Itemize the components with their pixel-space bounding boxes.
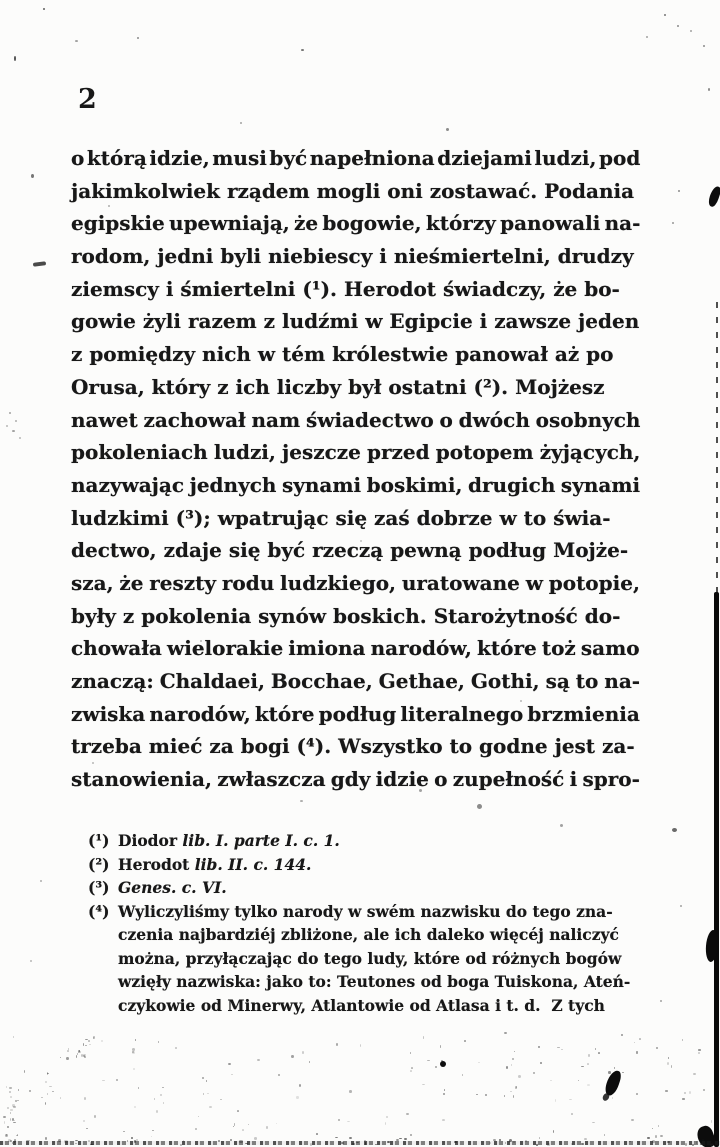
speck	[608, 1071, 610, 1073]
page-edge-shadow-right	[714, 592, 719, 1147]
body-line: o którą idzie, musi być napełniona dziej…	[71, 142, 640, 175]
speck	[571, 1143, 573, 1145]
speck	[276, 1123, 277, 1124]
speck	[587, 1063, 589, 1065]
speck	[220, 1099, 222, 1100]
speck	[43, 8, 45, 10]
page-edge-shadow-dotted	[716, 302, 718, 594]
speck	[195, 1128, 198, 1130]
speck	[571, 1113, 573, 1115]
ink-blot	[705, 930, 720, 963]
speck	[4, 1121, 5, 1123]
speck	[84, 1056, 86, 1057]
pencil-mark	[33, 261, 46, 267]
speck	[175, 1047, 177, 1049]
speck	[101, 1040, 103, 1042]
speck	[10, 1112, 11, 1114]
speck	[693, 1073, 696, 1076]
speck	[696, 1141, 697, 1144]
body-line: ziemscy i śmiertelni (¹). Herodot świadc…	[71, 273, 640, 306]
speck	[622, 1072, 624, 1073]
speck	[296, 1096, 299, 1098]
speck	[116, 1079, 118, 1081]
speck	[76, 1055, 77, 1058]
speck	[677, 25, 679, 27]
speck	[387, 1141, 389, 1143]
speck	[386, 1116, 388, 1117]
speck	[672, 222, 674, 224]
speck	[13, 1122, 16, 1124]
speck	[410, 1070, 412, 1072]
speck	[45, 1102, 46, 1105]
body-line: dectwo, zdaje się być rzeczą pewną podłu…	[71, 534, 640, 567]
speck	[427, 1060, 430, 1061]
speck	[6, 1134, 7, 1136]
footnote-text: Diodor	[118, 831, 182, 850]
speck	[336, 1043, 337, 1046]
speck	[127, 1140, 128, 1142]
speck	[667, 1141, 670, 1142]
speck	[553, 1130, 554, 1133]
speck	[77, 1053, 78, 1055]
speck	[446, 128, 449, 131]
speck	[13, 1036, 15, 1038]
speck	[9, 412, 11, 414]
speck	[547, 1143, 550, 1146]
body-line: stanowienia, zwłaszcza gdy idzie o zupeł…	[71, 763, 640, 796]
speck	[58, 1139, 61, 1142]
speck	[6, 425, 8, 427]
speck	[595, 1048, 596, 1050]
speck	[352, 1143, 355, 1145]
speck	[360, 1044, 361, 1047]
body-line: chowała wielorakie imiona narodów, które…	[71, 632, 640, 665]
footnote-marker: (¹)	[88, 829, 109, 853]
speck	[422, 1084, 425, 1085]
speck	[410, 1052, 411, 1054]
speck	[612, 1097, 613, 1099]
speck	[151, 1136, 152, 1137]
speck	[240, 122, 242, 124]
speck	[365, 1142, 366, 1144]
speck	[132, 1051, 135, 1053]
speck	[163, 1102, 164, 1103]
speck	[12, 1104, 15, 1106]
speck	[207, 1093, 208, 1094]
speck	[93, 1037, 94, 1040]
speck	[349, 1137, 352, 1139]
speck	[9, 1087, 12, 1088]
speck	[672, 828, 677, 832]
speck	[516, 1086, 517, 1088]
speck	[478, 1062, 480, 1063]
speck	[711, 1120, 713, 1123]
speck	[19, 437, 21, 439]
body-line: gowie żyli razem z ludźmi w Egipcie i za…	[71, 305, 640, 338]
speck	[614, 1067, 616, 1069]
footnote-line: Diodor lib. I. parte I. c. 1.	[118, 829, 637, 853]
speck	[560, 824, 563, 827]
speck	[561, 1049, 563, 1051]
speck	[88, 1040, 90, 1042]
speck	[539, 1137, 540, 1139]
speck	[83, 1055, 85, 1057]
speck	[291, 1055, 294, 1058]
footnote-text: czykowie od Minerwy, Atlantowie od Atlas…	[118, 996, 605, 1015]
speck	[511, 1064, 512, 1066]
speck	[410, 1134, 411, 1136]
speck	[218, 1140, 220, 1143]
speck	[711, 1143, 713, 1144]
speck	[209, 1106, 212, 1108]
speck	[493, 1139, 496, 1141]
body-line: egipskie upewniają, że bogowie, którzy p…	[71, 207, 640, 240]
speck	[78, 1050, 80, 1052]
speck	[12, 1118, 15, 1121]
speck	[656, 1047, 658, 1049]
speck	[349, 1090, 352, 1093]
speck	[584, 1138, 587, 1140]
body-line: nazywając jednych synami boskimi, drugic…	[71, 469, 640, 502]
speck	[658, 1125, 659, 1127]
body-line: nawet zachował nam świadectwo o dwóch os…	[71, 404, 640, 437]
speck	[700, 1143, 703, 1145]
speck	[136, 1139, 138, 1141]
speck	[86, 1128, 88, 1129]
speck	[356, 1142, 359, 1143]
speck	[338, 1119, 340, 1121]
body-line: sza, że reszty rodu ludzkiego, uratowane…	[71, 567, 640, 600]
speck	[652, 1140, 655, 1143]
speck	[83, 1054, 86, 1056]
speck	[162, 1087, 164, 1088]
speck	[17, 1134, 18, 1136]
speck	[533, 1072, 536, 1074]
speck	[89, 1044, 90, 1046]
speck	[152, 1130, 154, 1131]
ink-blot	[601, 1092, 610, 1102]
speck	[83, 1120, 85, 1122]
speck	[47, 1073, 49, 1074]
speck	[60, 1057, 62, 1058]
speck	[26, 1140, 29, 1141]
speck	[441, 1060, 443, 1062]
speck	[83, 1043, 85, 1046]
ink-blot	[695, 1124, 718, 1147]
speck	[692, 1144, 695, 1146]
speck	[94, 1115, 96, 1118]
speck	[684, 1092, 686, 1095]
footnote: (¹)Diodor lib. I. parte I. c. 1.	[88, 829, 637, 853]
speck	[587, 1084, 590, 1086]
body-line: znaczą: Chaldaei, Bocchae, Gethae, Gothi…	[71, 665, 640, 698]
speck	[183, 1140, 184, 1142]
speck	[509, 1139, 512, 1142]
speck	[7, 1126, 10, 1129]
speck	[550, 1080, 552, 1082]
speck	[665, 1090, 668, 1091]
speck	[655, 1135, 656, 1138]
speck	[462, 1074, 463, 1076]
speck	[154, 1098, 155, 1100]
speck	[301, 49, 304, 51]
speck	[9, 1091, 11, 1093]
speck	[375, 1144, 377, 1146]
body-line: trzeba mieć za bogi (⁴). Wszystko to god…	[71, 730, 640, 763]
footnote: (⁴)Wyliczyliśmy tylko narody w swém nazw…	[88, 900, 637, 1018]
speck	[228, 1063, 231, 1065]
speck	[598, 1052, 600, 1054]
speck	[206, 1080, 208, 1082]
speck	[17, 1100, 20, 1102]
page-edge-shadow-bottom	[0, 1141, 720, 1145]
speck	[477, 804, 482, 809]
speck	[538, 1046, 539, 1047]
speck	[88, 1140, 90, 1142]
speck	[682, 1039, 684, 1041]
speck	[31, 174, 34, 178]
speck	[7, 1107, 9, 1109]
speck	[690, 30, 692, 32]
speck	[10, 1140, 12, 1142]
speck	[8, 1139, 11, 1141]
speck	[47, 1093, 48, 1095]
speck	[634, 1042, 636, 1044]
speck	[14, 1120, 15, 1122]
speck	[443, 1093, 444, 1095]
speck	[442, 1119, 445, 1121]
speck	[710, 1144, 713, 1146]
footnote-line: można, przyłączając do tego ludy, które …	[118, 947, 637, 971]
speck	[24, 1070, 25, 1073]
speck	[231, 1074, 234, 1075]
footnotes: (¹)Diodor lib. I. parte I. c. 1.(²)Herod…	[88, 829, 637, 1017]
speck	[668, 1057, 669, 1058]
speck	[66, 1057, 68, 1060]
speck	[156, 1110, 158, 1112]
speck	[513, 1095, 514, 1097]
footnote-text: Herodot	[118, 855, 195, 874]
speck	[581, 1143, 584, 1145]
speck	[513, 1141, 515, 1143]
footnote-line: Wyliczyliśmy tylko narody w swém nazwisk…	[118, 900, 637, 924]
footnote-text: lib. II. c. 144.	[195, 855, 312, 874]
speck	[47, 1072, 48, 1075]
speck	[671, 1065, 672, 1068]
speck	[310, 1143, 312, 1146]
speck	[464, 1040, 465, 1042]
footnote-text: można, przyłączając do tego ludy, które …	[118, 949, 621, 968]
scanned-page: 2 o którą idzie, musi być napełniona dzi…	[0, 0, 720, 1147]
speck	[64, 1140, 67, 1143]
speck	[396, 1139, 399, 1141]
body-text: o którą idzie, musi być napełniona dziej…	[71, 142, 640, 796]
speck	[93, 1036, 95, 1039]
speck	[79, 1050, 80, 1052]
speck	[10, 1109, 13, 1110]
speck	[703, 45, 705, 47]
speck	[514, 1051, 515, 1052]
speck	[239, 1140, 242, 1142]
speck	[476, 1094, 478, 1096]
speck	[10, 1118, 11, 1121]
speck	[636, 1093, 638, 1095]
speck	[30, 960, 32, 962]
speck	[81, 1054, 83, 1057]
body-line: były z pokolenia synów boskich. Starożyt…	[71, 600, 640, 633]
speck	[14, 1142, 15, 1143]
speck	[16, 1135, 19, 1136]
speck	[230, 1139, 232, 1142]
ink-blot	[603, 1069, 622, 1097]
footnote-text: Wyliczyliśmy tylko narody w swém nazwisk…	[118, 902, 613, 921]
speck	[198, 1116, 199, 1118]
speck	[540, 1062, 542, 1064]
speck	[364, 1140, 365, 1141]
speck	[454, 1141, 457, 1143]
speck	[41, 1097, 43, 1098]
footnote: (³)Genes. c. VI.	[88, 876, 637, 900]
speck	[5, 1134, 7, 1136]
speck	[435, 1066, 437, 1068]
speck	[578, 1080, 579, 1081]
speck	[3, 1116, 6, 1118]
speck	[242, 1129, 244, 1131]
speck	[440, 1045, 442, 1047]
speck	[234, 1123, 236, 1125]
speck	[202, 1077, 204, 1079]
speck	[682, 1098, 684, 1099]
speck	[652, 1128, 653, 1129]
speck	[335, 1137, 338, 1138]
speck	[555, 1099, 556, 1102]
speck	[68, 1048, 69, 1051]
speck	[702, 1139, 704, 1141]
speck	[254, 1137, 257, 1139]
speck	[134, 1140, 136, 1142]
speck	[137, 37, 139, 39]
speck	[123, 1131, 125, 1132]
speck	[592, 1122, 595, 1123]
speck	[45, 1081, 47, 1084]
speck	[132, 1051, 135, 1054]
speck	[518, 1075, 521, 1078]
speck	[646, 36, 648, 38]
body-line: pokoleniach ludzi, jeszcze przed potopem…	[71, 436, 640, 469]
speck	[75, 1140, 78, 1141]
speck	[588, 1054, 590, 1056]
body-line: zwiska narodów, które podług literalnego…	[71, 698, 640, 731]
speck	[15, 1100, 18, 1102]
footnote-marker: (²)	[88, 853, 109, 877]
body-line: ludzkimi (³); wpatrując się zaś dobrze w…	[71, 502, 640, 535]
speck	[299, 1084, 301, 1087]
footnote-line: Genes. c. VI.	[118, 876, 637, 900]
speck	[266, 1126, 268, 1129]
speck	[133, 1068, 136, 1070]
speck	[309, 1061, 310, 1063]
speck	[138, 1087, 139, 1089]
footnote-text: Genes. c. VI.	[118, 878, 227, 897]
speck	[80, 1051, 81, 1053]
speck	[660, 1135, 663, 1137]
speck	[158, 1041, 159, 1044]
speck	[203, 1093, 204, 1096]
speck	[84, 1097, 86, 1100]
speck	[257, 1059, 260, 1061]
speck	[581, 1066, 583, 1068]
speck	[536, 1144, 538, 1146]
speck	[90, 1142, 92, 1145]
speck	[703, 1089, 705, 1091]
speck	[278, 1074, 281, 1075]
speck	[525, 1140, 527, 1142]
speck	[664, 14, 666, 16]
speck	[708, 88, 710, 91]
page-number: 2	[78, 84, 97, 115]
speck	[12, 430, 15, 432]
body-line: jakimkolwiek rządem mogli oni zostawać. …	[71, 175, 640, 208]
speck	[316, 1133, 317, 1135]
footnote-line: wzięły nazwiska: jako to: Teutones od bo…	[118, 970, 637, 994]
speck	[160, 1094, 162, 1096]
speck	[569, 1099, 572, 1100]
speck	[75, 1143, 77, 1144]
body-line: rodom, jedni byli niebiescy i nieśmierte…	[71, 240, 640, 273]
ink-blot	[707, 185, 720, 208]
speck	[85, 1045, 87, 1046]
footnote-text: wzięły nazwiska: jako to: Teutones od bo…	[118, 972, 630, 991]
speck	[29, 1090, 32, 1092]
speck	[49, 1086, 52, 1088]
speck	[660, 1000, 662, 1002]
speck	[132, 1048, 135, 1051]
speck	[233, 1126, 234, 1128]
speck	[14, 56, 16, 61]
speck	[621, 1034, 623, 1036]
speck	[504, 1095, 505, 1097]
speck	[504, 1032, 507, 1034]
speck	[698, 1049, 701, 1050]
speck	[385, 1122, 386, 1125]
speck	[102, 1080, 105, 1082]
speck	[14, 1139, 16, 1141]
speck	[512, 1058, 514, 1060]
speck	[680, 905, 682, 907]
speck	[639, 1038, 640, 1040]
footnote-text: czenia najbardziéj zbliżone, ale ich dal…	[118, 925, 619, 944]
body-line: Orusa, który z ich liczby był ostatni (²…	[71, 371, 640, 404]
speck	[604, 1134, 605, 1136]
speck	[90, 1144, 93, 1145]
footnote: (²)Herodot lib. II. c. 144.	[88, 853, 637, 877]
speck	[52, 1091, 54, 1092]
speck	[515, 1086, 517, 1089]
speck	[347, 1121, 350, 1122]
speck	[60, 1097, 61, 1099]
speck	[636, 1051, 637, 1053]
speck	[557, 1047, 559, 1049]
speck	[485, 1094, 487, 1096]
speck	[510, 1091, 513, 1092]
speck	[12, 1142, 13, 1144]
speck	[13, 1106, 15, 1107]
speck	[678, 190, 680, 192]
ink-blot	[440, 1061, 446, 1067]
speck	[499, 1139, 502, 1141]
speck	[399, 1138, 402, 1140]
footnote-line: czenia najbardziéj zbliżone, ale ich dal…	[118, 923, 637, 947]
